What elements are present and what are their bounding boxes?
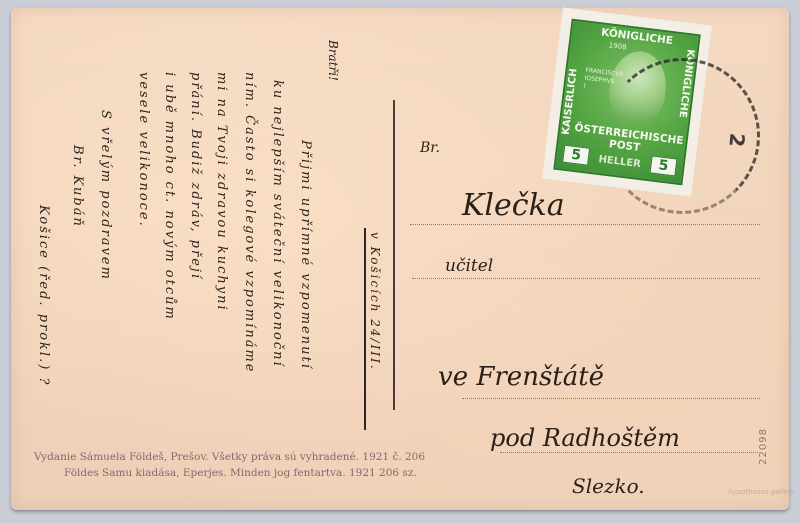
publisher-line-slovak: Vydanie Sámuela Földeš, Prešov. Všetky p… (34, 451, 425, 463)
message-line-5: přání. Budiž zdráv, přejí (188, 72, 203, 280)
message-line-4: mi na Tvoji zdravou kuchyni (214, 72, 229, 312)
catalog-number: 22098 (758, 428, 769, 465)
message-line-2: ku nejlepším sváteční velikonoční (270, 80, 285, 368)
publisher-line-hungarian: Földes Samu kiadása, Eperjes. Minden jog… (64, 467, 417, 479)
message-line-1: Přijmi upřímné vzpomenutí (298, 140, 313, 370)
address-via: pod Radhoštěm (490, 424, 680, 452)
address-line-3 (462, 398, 760, 399)
message-signature: Br. Kubáň (70, 145, 85, 228)
address-line-4 (500, 452, 758, 453)
message-line-3: ním. Často si kolegové vzpomínáme (242, 72, 257, 373)
message-line-7: vesele velikonoce. (136, 72, 151, 228)
message-line-6: i ubě mnoho ct. novým otcům (162, 72, 177, 321)
address-line-2 (412, 278, 760, 279)
postmark-day: 2 (724, 132, 749, 148)
message-date: v Košicích 24/III. (368, 232, 382, 371)
address-region: Slezko. (572, 474, 645, 498)
stamp-value-left: 5 (562, 145, 590, 166)
stamp-legend-left: KAISERLICH (561, 35, 584, 136)
address-town: ve Frenštátě (438, 362, 604, 392)
address-name: Klečka (462, 188, 565, 223)
message-sender-address: Košice (řed. prokl.) ? (36, 205, 51, 386)
date-underline (364, 228, 366, 430)
divider-line (393, 100, 395, 410)
stamp-year: 1908 (608, 41, 627, 51)
address-line-1 (410, 224, 760, 225)
watermark: hypotheses.gallery (728, 488, 795, 496)
address-salutation: Br. (420, 140, 440, 156)
message-salutation: Bratři! (326, 40, 340, 81)
stamp-portrait-caption: FRANCISCVS IOSEPHVS I (583, 67, 614, 94)
address-occupation: učitel (445, 256, 493, 276)
stamp-legend-top: KÖNIGLICHE (580, 24, 695, 50)
message-closing: S vřelým pozdravem (98, 110, 113, 281)
